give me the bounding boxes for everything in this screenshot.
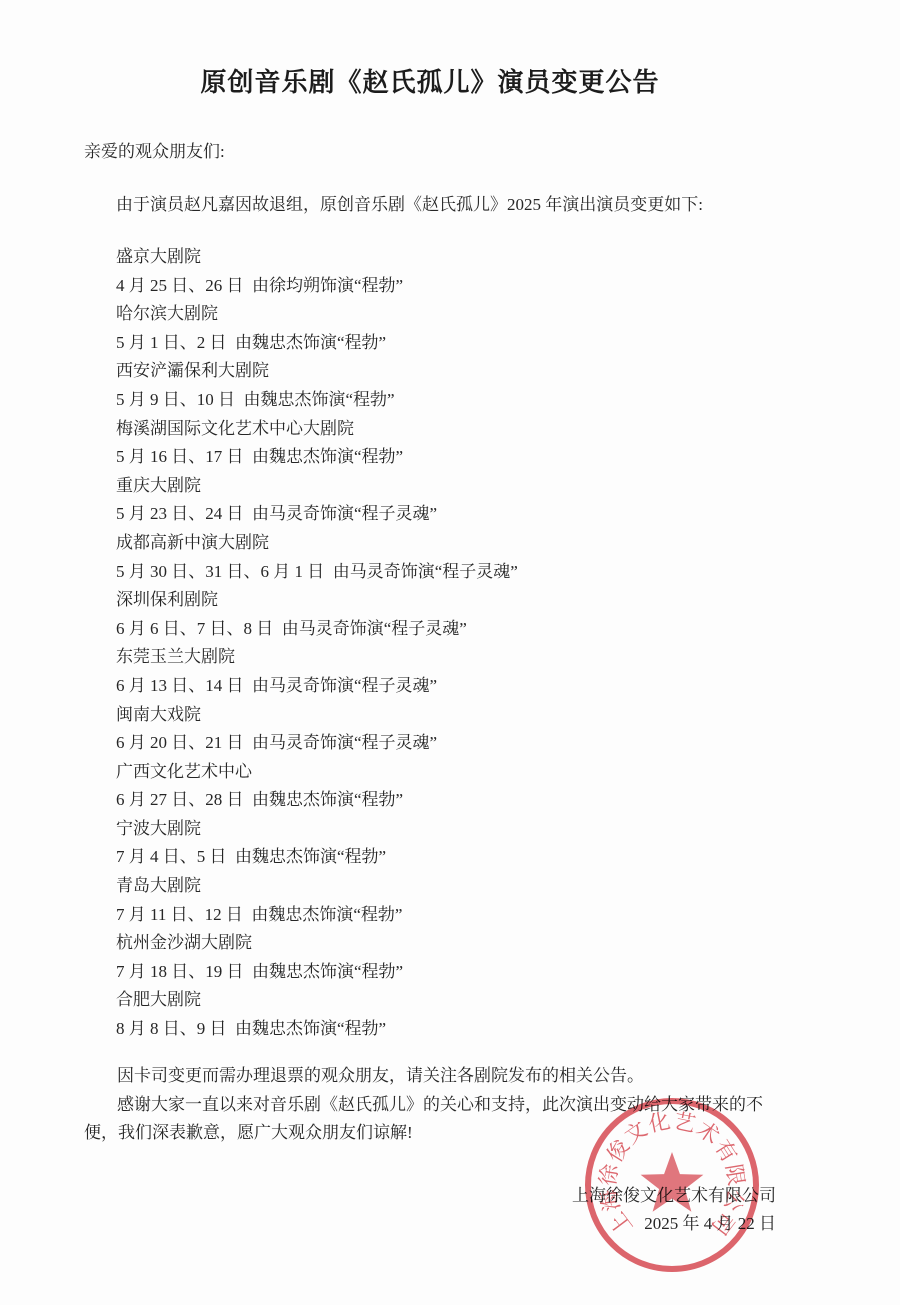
thanks-line: 感谢大家一直以来对音乐剧《赵氏孤儿》的关心和支持，此次演出变动给大家带来的不 [84, 1091, 840, 1120]
venue-line: 宁波大剧院 [116, 815, 840, 844]
cast-line: 7 月 11 日、12 日 由魏忠杰饰演“程勃” [116, 901, 840, 930]
cast-line: 4 月 25 日、26 日 由徐均朔饰演“程勃” [116, 272, 840, 301]
cast-line: 6 月 27 日、28 日 由魏忠杰饰演“程勃” [116, 786, 840, 815]
venue-line: 杭州金沙湖大剧院 [116, 929, 840, 958]
venue-line: 东莞玉兰大剧院 [116, 643, 840, 672]
cast-line: 6 月 6 日、7 日、8 日 由马灵奇饰演“程子灵魂” [116, 615, 840, 644]
cast-line: 5 月 16 日、17 日 由魏忠杰饰演“程勃” [116, 443, 840, 472]
cast-line: 7 月 4 日、5 日 由魏忠杰饰演“程勃” [116, 843, 840, 872]
venue-line: 哈尔滨大剧院 [116, 300, 840, 329]
intro-paragraph: 由于演员赵凡嘉因故退组，原创音乐剧《赵氏孤儿》2025 年演出演员变更如下: [116, 190, 840, 215]
signature-date: 2025 年 4 月 22 日 [644, 1209, 776, 1234]
cast-line: 5 月 23 日、24 日 由马灵奇饰演“程子灵魂” [116, 500, 840, 529]
venue-line: 梅溪湖国际文化艺术中心大剧院 [116, 415, 840, 444]
cast-line: 7 月 18 日、19 日 由魏忠杰饰演“程勃” [116, 958, 840, 987]
venue-line: 重庆大剧院 [116, 472, 840, 501]
cast-line: 6 月 13 日、14 日 由马灵奇饰演“程子灵魂” [116, 672, 840, 701]
schedule-list: 盛京大剧院 4 月 25 日、26 日 由徐均朔饰演“程勃” 哈尔滨大剧院 5 … [116, 243, 840, 1044]
venue-line: 深圳保利剧院 [116, 586, 840, 615]
svg-text:上: 上 [605, 1207, 637, 1239]
venue-line: 闽南大戏院 [116, 701, 840, 730]
venue-line: 成都高新中演大剧院 [116, 529, 840, 558]
venue-line: 盛京大剧院 [116, 243, 840, 272]
apology-line: 便，我们深表歉意，愿广大观众朋友们谅解! [84, 1119, 840, 1148]
venue-line: 广西文化艺术中心 [116, 758, 840, 787]
cast-line: 5 月 9 日、10 日 由魏忠杰饰演“程勃” [116, 386, 840, 415]
greeting-line: 亲爱的观众朋友们: [84, 137, 225, 162]
closing-paragraphs: 因卡司变更而需办理退票的观众朋友，请关注各剧院发布的相关公告。 感谢大家一直以来… [84, 1062, 840, 1148]
refund-notice-line: 因卡司变更而需办理退票的观众朋友，请关注各剧院发布的相关公告。 [84, 1062, 840, 1091]
cast-line: 5 月 30 日、31 日、6 月 1 日 由马灵奇饰演“程子灵魂” [116, 558, 840, 587]
venue-line: 合肥大剧院 [116, 986, 840, 1015]
cast-line: 6 月 20 日、21 日 由马灵奇饰演“程子灵魂” [116, 729, 840, 758]
announcement-document: 原创音乐剧《赵氏孤儿》演员变更公告 亲爱的观众朋友们: 由于演员赵凡嘉因故退组，… [0, 0, 900, 1305]
page-title: 原创音乐剧《赵氏孤儿》演员变更公告 [0, 62, 860, 99]
cast-line: 5 月 1 日、2 日 由魏忠杰饰演“程勃” [116, 329, 840, 358]
venue-line: 青岛大剧院 [116, 872, 840, 901]
company-signature: 上海徐俊文化艺术有限公司 [572, 1181, 776, 1206]
cast-line: 8 月 8 日、9 日 由魏忠杰饰演“程勃” [116, 1015, 840, 1044]
venue-line: 西安浐灞保利大剧院 [116, 357, 840, 386]
